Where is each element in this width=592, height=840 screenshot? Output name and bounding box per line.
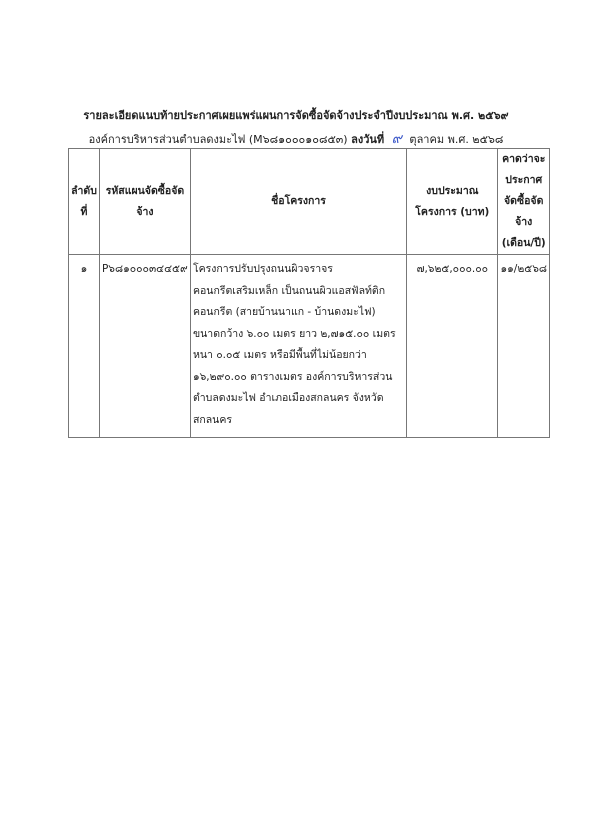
table-row: ๑ P๖๘๑๐๐๐๓๔๔๕๙ โครงการปรับปรุงถนนผิวจราจ… <box>69 255 550 438</box>
header-code: รหัสแผนจัดซื้อจัดจ้าง <box>99 149 190 255</box>
document-subtitle: องค์การบริหารส่วนตำบลดงมะไฟ (M๖๘๑๐๐๐๑๐๘๕… <box>0 128 592 150</box>
cell-name: โครงการปรับปรุงถนนผิวจราจรคอนกรีตเสริมเห… <box>190 255 406 438</box>
month-year: ตุลาคม พ.ศ. ๒๕๖๘ <box>409 133 503 146</box>
procurement-plan-table: ลำดับที่ รหัสแผนจัดซื้อจัดจ้าง ชื่อโครงก… <box>68 148 550 438</box>
header-no: ลำดับที่ <box>69 149 100 255</box>
handwritten-day: ๙ <box>392 131 402 147</box>
organization-name: องค์การบริหารส่วนตำบลดงมะไฟ (M๖๘๑๐๐๐๑๐๘๕… <box>89 133 348 146</box>
document-title: รายละเอียดแนบท้ายประกาศเผยแพร่แผนการจัดซ… <box>0 106 592 124</box>
cell-month: ๑๑/๒๕๖๘ <box>498 255 550 438</box>
table-header-row: ลำดับที่ รหัสแผนจัดซื้อจัดจ้าง ชื่อโครงก… <box>69 149 550 255</box>
header-month: คาดว่าจะประกาศจัดซื้อจัดจ้าง (เดือน/ปี) <box>498 149 550 255</box>
cell-no: ๑ <box>69 255 100 438</box>
dated-label: ลงวันที่ <box>351 133 384 146</box>
header-name: ชื่อโครงการ <box>190 149 406 255</box>
cell-budget: ๗,๖๒๕,๐๐๐.๐๐ <box>407 255 498 438</box>
cell-code: P๖๘๑๐๐๐๓๔๔๕๙ <box>99 255 190 438</box>
header-budget: งบประมาณโครงการ (บาท) <box>407 149 498 255</box>
